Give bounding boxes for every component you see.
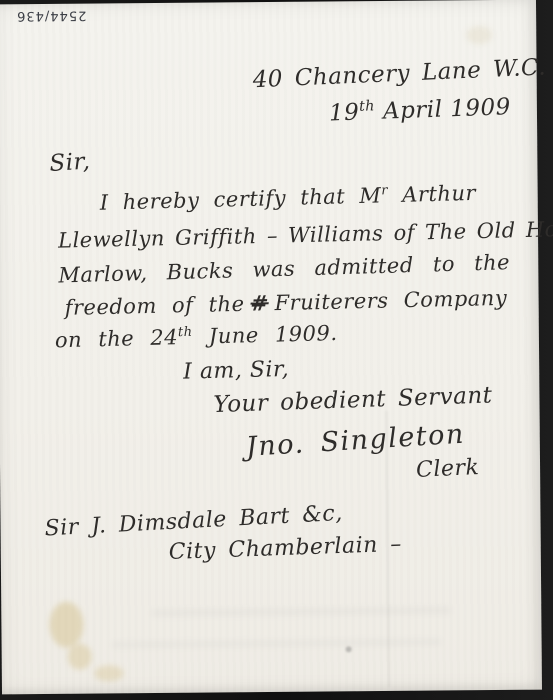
date-day: 19 — [329, 99, 360, 126]
body-line-3: Marlow, Bucks was admitted to the — [58, 250, 510, 287]
body-line-2: Llewellyn Griffith – Williams of The Old… — [58, 216, 553, 252]
addressee-line-2: City Chamberlain – — [168, 532, 402, 565]
body-line-1-end: Arthur — [388, 181, 477, 207]
paper-stain — [94, 665, 124, 681]
body-line-4-text: freedom of the — [64, 292, 244, 320]
paper-stain — [466, 26, 492, 44]
body-line-5: on the 24th June 1909. — [55, 321, 338, 352]
paper-stain — [68, 644, 92, 670]
body-line-5-text: on the 24 — [55, 325, 179, 352]
body-line-4: freedom of the#Fruiterers Company — [64, 285, 507, 320]
closing-line: I am, Sir, — [183, 357, 289, 385]
archive-number: 2544/436 — [16, 8, 86, 24]
body-line-4-end: Fruiterers Company — [274, 286, 507, 315]
paper-speck — [346, 646, 352, 652]
body-line-5-end: June 1909. — [192, 321, 337, 349]
date-ordinal: th — [359, 98, 375, 115]
sender-address: 40 Chancery Lane W.C. — [252, 54, 546, 93]
body-line-1-text: I hereby certify that M — [99, 183, 381, 214]
date-rest: April 1909 — [375, 94, 512, 125]
salutation: Sir, — [49, 149, 91, 177]
body-line-1: I hereby certify that Mr Arthur — [99, 181, 476, 215]
letter-date: 19th April 1909 — [329, 94, 512, 127]
body-line-5-sup: th — [178, 325, 193, 340]
valediction: Your obedient Servant — [213, 382, 493, 418]
paper-stain — [49, 602, 83, 648]
signer-title: Clerk — [416, 455, 480, 483]
ink-showthrough — [112, 639, 442, 649]
letter-paper: 2544/436 40 Chancery Lane W.C. 19th Apri… — [0, 0, 542, 694]
struck-out-word: # — [249, 290, 270, 315]
ink-showthrough — [151, 606, 451, 617]
